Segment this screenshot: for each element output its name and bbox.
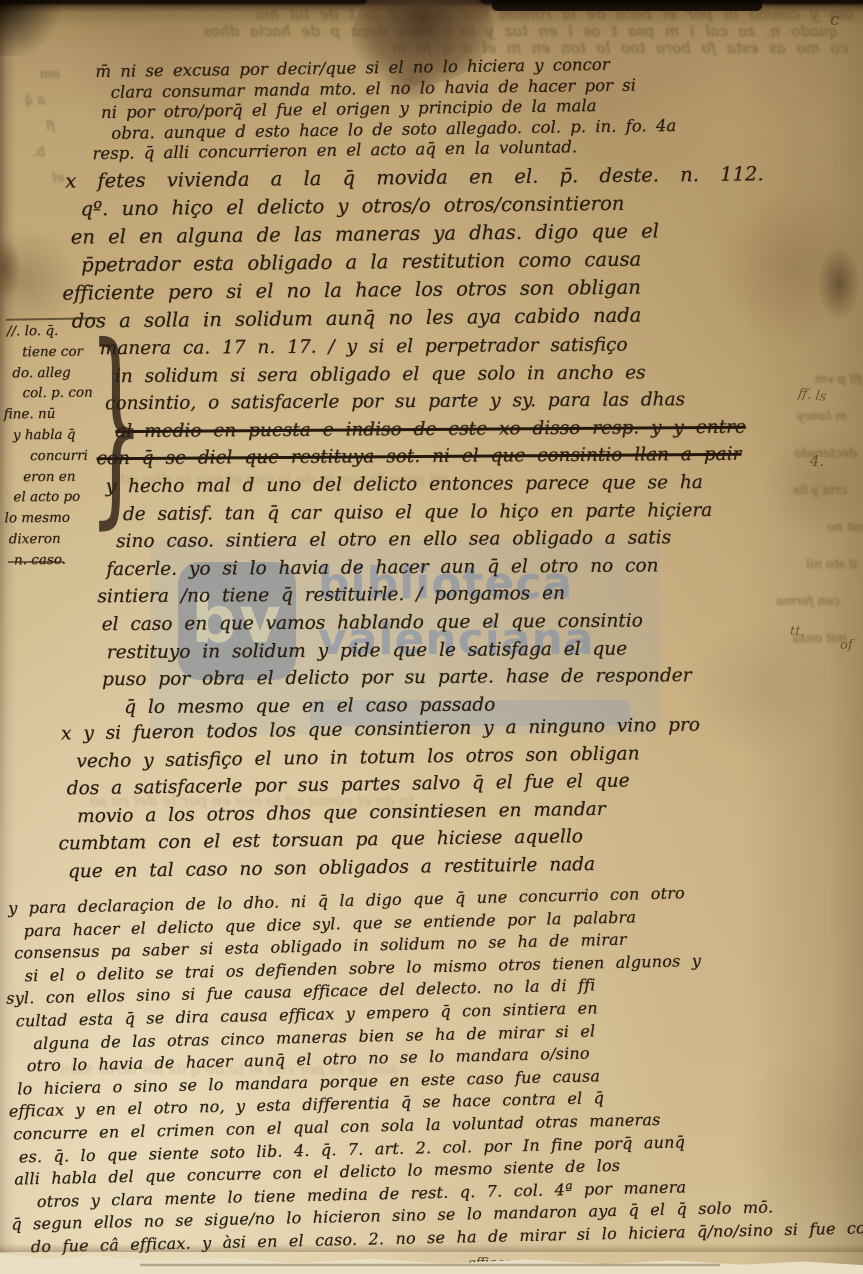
paragraph-delicto: x fetes vivienda a la q̄ movida en el. p… [65, 160, 765, 335]
paragraph-consent: x y si fueron todos los que consintieron… [61, 712, 702, 886]
manuscript-line: restituyo in solidum y pide que le satis… [107, 634, 748, 666]
bleedthrough-line: co mo as esta fo bora too lo ton en m el… [10, 40, 848, 57]
margin-note-line: //. lo. q̄. [7, 321, 99, 343]
manuscript-line: de satisf. tan q̄ car quiso el que lo hi… [123, 496, 747, 528]
manuscript-page: om y conmd ili por el baca de la ronson … [0, 0, 863, 1274]
bleedthrough-left-lines: oma q̄flb.el [0, 62, 60, 192]
bleedthrough-line: mit onza [770, 619, 847, 656]
bleedthrough-line: ost no [770, 508, 863, 545]
top-edge-dark-band [492, 0, 762, 11]
bleedthrough-line: b. [0, 140, 45, 166]
bleedthrough-line: fl [0, 114, 55, 140]
margin-note: //. lo. q̄.tiene cordo. allegcol. p. con… [7, 321, 101, 571]
bleedthrough-line: cria y lis [770, 471, 847, 508]
margin-note-line: fine. nū [4, 404, 100, 426]
bleedthrough-line: il sto nil [770, 545, 857, 582]
margin-note-line: y habla q̄ [13, 425, 100, 447]
top-left-corner-shadow [0, 0, 70, 56]
manuscript-line: puso por obra el delicto por su parte. h… [102, 662, 748, 694]
bleedthrough-line: con forma [770, 582, 840, 619]
bleedthrough-line: om [0, 62, 60, 88]
margin-note-line: do. alleg [12, 362, 99, 384]
paragraph-declaration: y para declaraçion de lo dho. ni q̄ la d… [8, 878, 863, 1259]
bleedthrough-line: a q̄ [0, 88, 45, 114]
ink-stain-left [0, 236, 22, 302]
manuscript-line: sino caso. sintiera el otro en ello sea … [116, 524, 747, 556]
manuscript-line: dos a solla in solidum aunq̄ no les aya … [72, 300, 766, 335]
margin-ink-mark: 4. [810, 452, 824, 470]
paragraph-excuse: m̄ ni se excusa por decir/que si el no l… [95, 54, 676, 165]
bleedthrough-right-lines: fil p vmm lanoydeclaradocria y lisost no… [770, 360, 862, 656]
manuscript-line: consintio, o satisfacerle por su parte y… [105, 386, 746, 418]
margin-ink-mark: tt. [789, 624, 805, 640]
bleedthrough-line: el [0, 166, 64, 192]
margin-brace: } [88, 318, 102, 533]
manuscript-line: facerle. yo si lo havia de hacer aun q̄ … [106, 551, 747, 583]
manuscript-line: con q̄ se diel que restituya sot. ni el … [96, 441, 746, 473]
paragraph-restitution: manera ca. 17 n. 17. / y si el perpetrad… [100, 331, 748, 722]
margin-note-line: lo mesmo [5, 508, 101, 530]
margin-rule-bottom [8, 561, 64, 563]
manuscript-line: y hecho mal d uno del delicto entonces p… [106, 469, 747, 501]
manuscript-line: in solidum si sera obligado el que solo … [115, 358, 746, 390]
torn-edge-crease [140, 1264, 720, 1266]
folio-mark: c [830, 10, 840, 30]
manuscript-line: al medio en puesta e indiso de este xo d… [115, 414, 746, 446]
ink-stain-right [818, 246, 860, 320]
margin-ink-mark: of [840, 638, 853, 653]
bottom-edge-shadow [0, 1244, 863, 1252]
